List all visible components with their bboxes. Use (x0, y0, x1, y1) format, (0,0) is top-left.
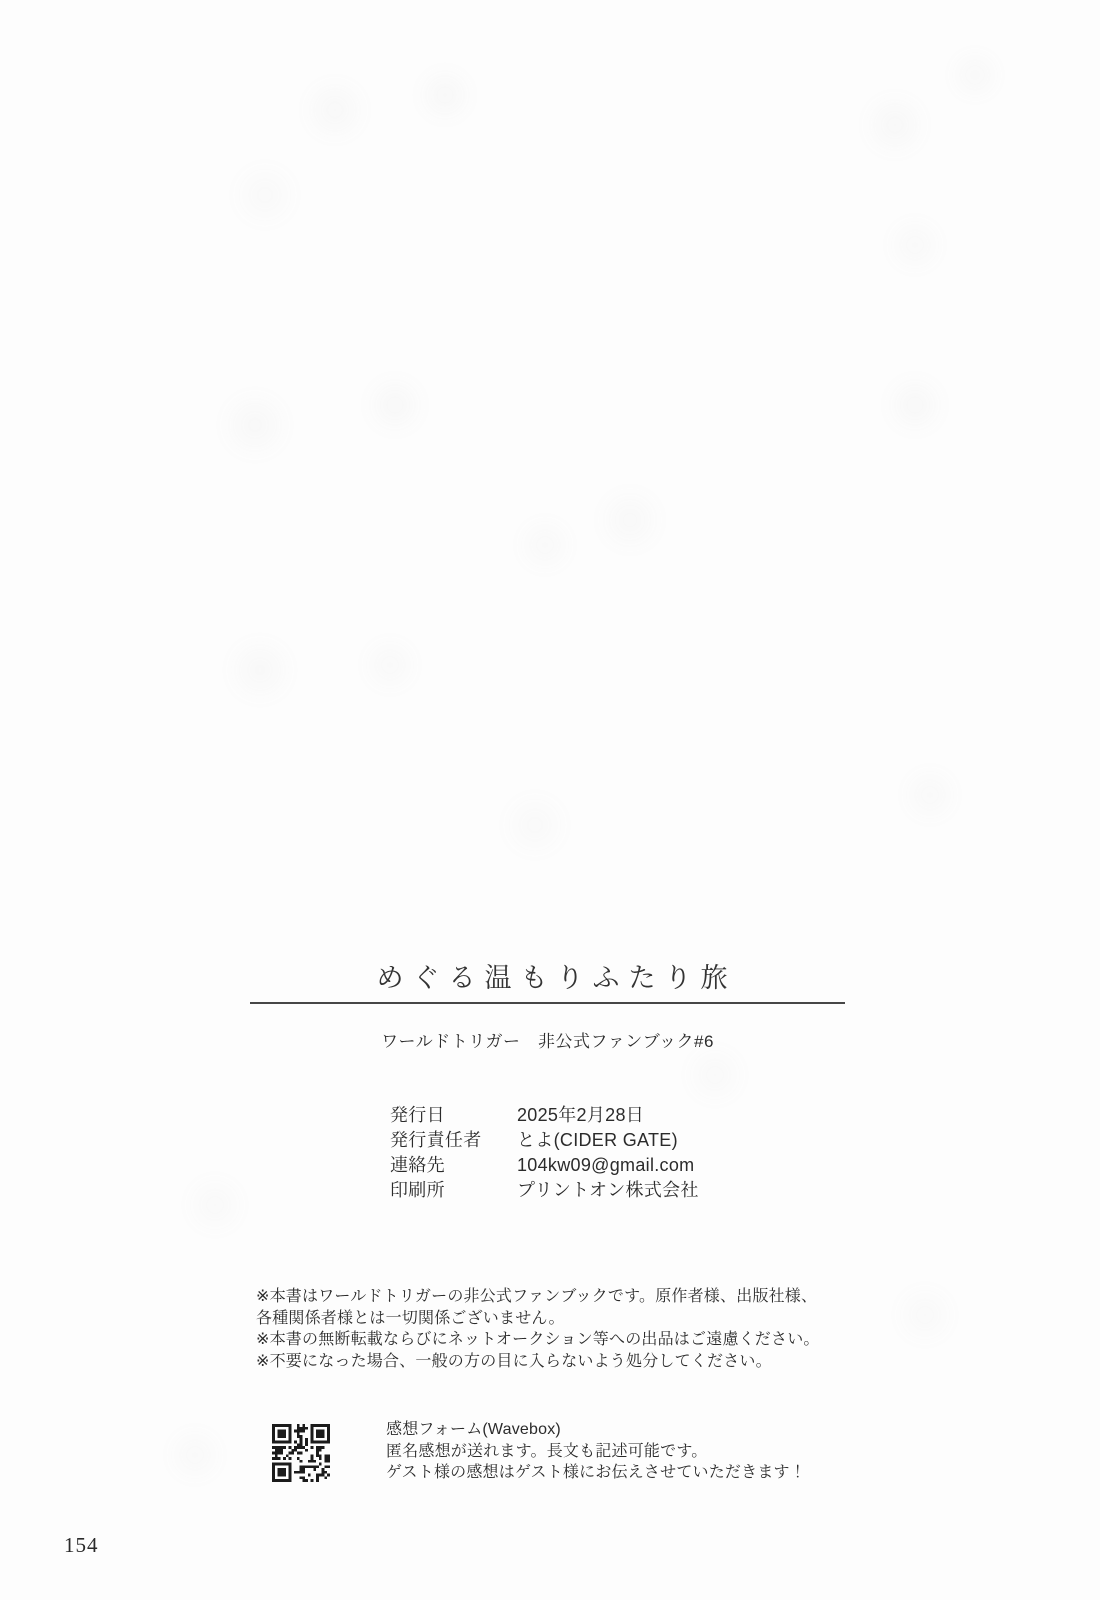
notice-line: ※本書の無断転載ならびにネットオークション等への出品はご遠慮ください。 (256, 1329, 820, 1351)
page-number: 154 (64, 1533, 99, 1558)
notice-line: ※本書はワールドトリガーの非公式ファンブックです。原作者様、出版社様、 (256, 1286, 820, 1308)
colophon-page: めぐる温もりふたり旅 ワールドトリガー 非公式ファンブック#6 発行日 2025… (0, 0, 1100, 1600)
info-value: プリントオン株式会社 (517, 1178, 699, 1203)
book-subtitle: ワールドトリガー 非公式ファンブック#6 (250, 1027, 845, 1052)
info-value: 104kw09@gmail.com (517, 1153, 699, 1178)
info-value: とよ(CIDER GATE) (517, 1128, 699, 1153)
info-label: 印刷所 (390, 1178, 517, 1203)
info-label: 連絡先 (390, 1153, 517, 1178)
feedback-text: 感想フォーム(Wavebox) 匿名感想が送れます。長文も記述可能です。 ゲスト… (386, 1419, 986, 1484)
notice-line: ※不要になった場合、一般の方の目に入らないよう処分してください。 (256, 1351, 820, 1373)
info-label: 発行日 (390, 1103, 517, 1128)
scan-noise (0, 0, 30, 30)
info-value: 2025年2月28日 (517, 1103, 699, 1128)
info-label: 発行責任者 (390, 1128, 517, 1153)
title-block: めぐる温もりふたり旅 (250, 956, 845, 1004)
feedback-line: 感想フォーム(Wavebox) (386, 1419, 986, 1441)
publication-info-table: 発行日 2025年2月28日 発行責任者 とよ(CIDER GATE) 連絡先 … (390, 1103, 699, 1203)
notice-line: 各種関係者様とは一切関係ございません。 (256, 1308, 820, 1330)
feedback-line: 匿名感想が送れます。長文も記述可能です。 (386, 1441, 986, 1463)
feedback-line: ゲスト様の感想はゲスト様にお伝えさせていただきます！ (386, 1462, 986, 1484)
disclaimer-notices: ※本書はワールドトリガーの非公式ファンブックです。原作者様、出版社様、 各種関係… (256, 1286, 820, 1372)
qr-code (272, 1424, 330, 1482)
book-title: めぐる温もりふたり旅 (250, 956, 845, 995)
